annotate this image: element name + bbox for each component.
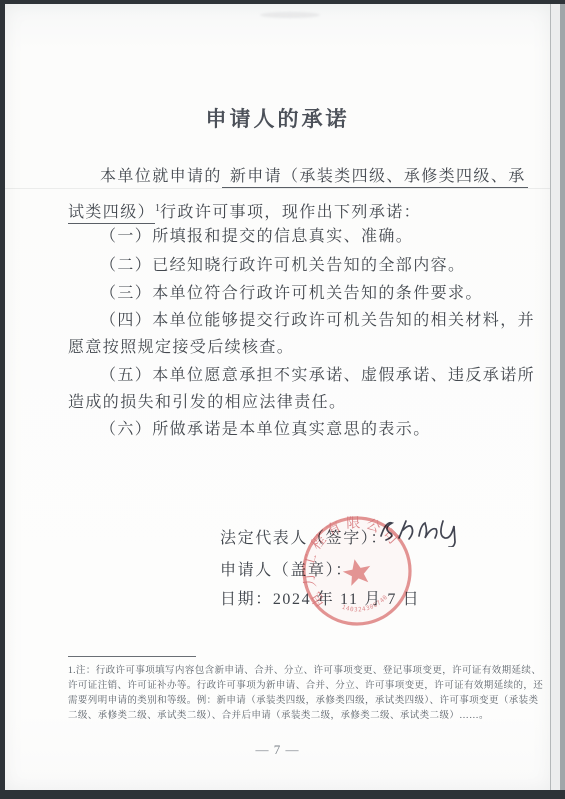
- page-title: 申请人的承诺: [5, 103, 550, 133]
- paper-sheet: 申请人的承诺 本单位就申请的新申请（承装类四级、承修类四级、承 试类四级）1行政…: [5, 4, 550, 790]
- handwritten-signature: [377, 513, 463, 547]
- commitment-item-1: （一）所填报和提交的信息真实、准确。: [100, 227, 413, 247]
- lead-suffix: 行政许可事项，现作出下列承诺：: [160, 204, 421, 221]
- commitment-item-3: （三）本单位符合行政许可机关告知的条件要求。: [100, 284, 483, 304]
- scan-right-edge-shadow: [560, 4, 565, 790]
- permit-type-underlined-2: 试类四级）: [68, 204, 155, 224]
- scanned-document-page: { "document": { "title": "申请人的承诺", "lead…: [0, 0, 565, 799]
- date-label: 日期：: [220, 591, 273, 608]
- footnote-line-4: 二级、承修类二级、承试类二级）、合并后申请（承装类二级，承修类二级、承试类二级）…: [68, 707, 489, 721]
- scan-artifact-line: [5, 188, 550, 189]
- commitment-item-4-line1: （四）本单位能够提交行政许可机关告知的相关材料，并: [100, 311, 535, 331]
- scan-smudge: [260, 12, 320, 18]
- permit-type-underlined-1: 新申请（承装类四级、承修类四级、承: [222, 168, 528, 188]
- commitment-item-4-line2: 愿意按照规定接受后续核查。: [68, 338, 294, 358]
- footnote-line-1: 1.注：行政许可事项填写内容包含新申请、合并、分立、许可事项变更、登记事项变更，…: [68, 662, 541, 676]
- footnote-line-3: 需要列明申请的类别和等级。例：新申请（承装类四级，承修类四级，承试类四级）、许可…: [68, 692, 538, 706]
- lead-paragraph-line2: 试类四级）1行政许可事项，现作出下列承诺：: [68, 199, 421, 223]
- page-number: — 7 —: [5, 742, 550, 758]
- commitment-item-5-line1: （五）本单位愿意承担不实承诺、虚假承诺、违反承诺所: [100, 366, 535, 386]
- lead-prefix: 本单位就申请的: [100, 168, 222, 185]
- commitment-item-6: （六）所做承诺是本单位真实意思的表示。: [100, 420, 431, 440]
- lead-paragraph-line1: 本单位就申请的新申请（承装类四级、承修类四级、承: [100, 167, 528, 187]
- commitment-item-2: （二）已经知晓行政许可机关告知的全部内容。: [100, 256, 465, 276]
- footnote-line-2: 许可证注销、许可证补办等。行政许可事项为新申请、合并、分立、许可事项变更，许可证…: [68, 677, 543, 691]
- commitment-item-5-line2: 造成的损失和引发的相应法律责任。: [68, 393, 346, 413]
- footnote-separator: [68, 656, 196, 657]
